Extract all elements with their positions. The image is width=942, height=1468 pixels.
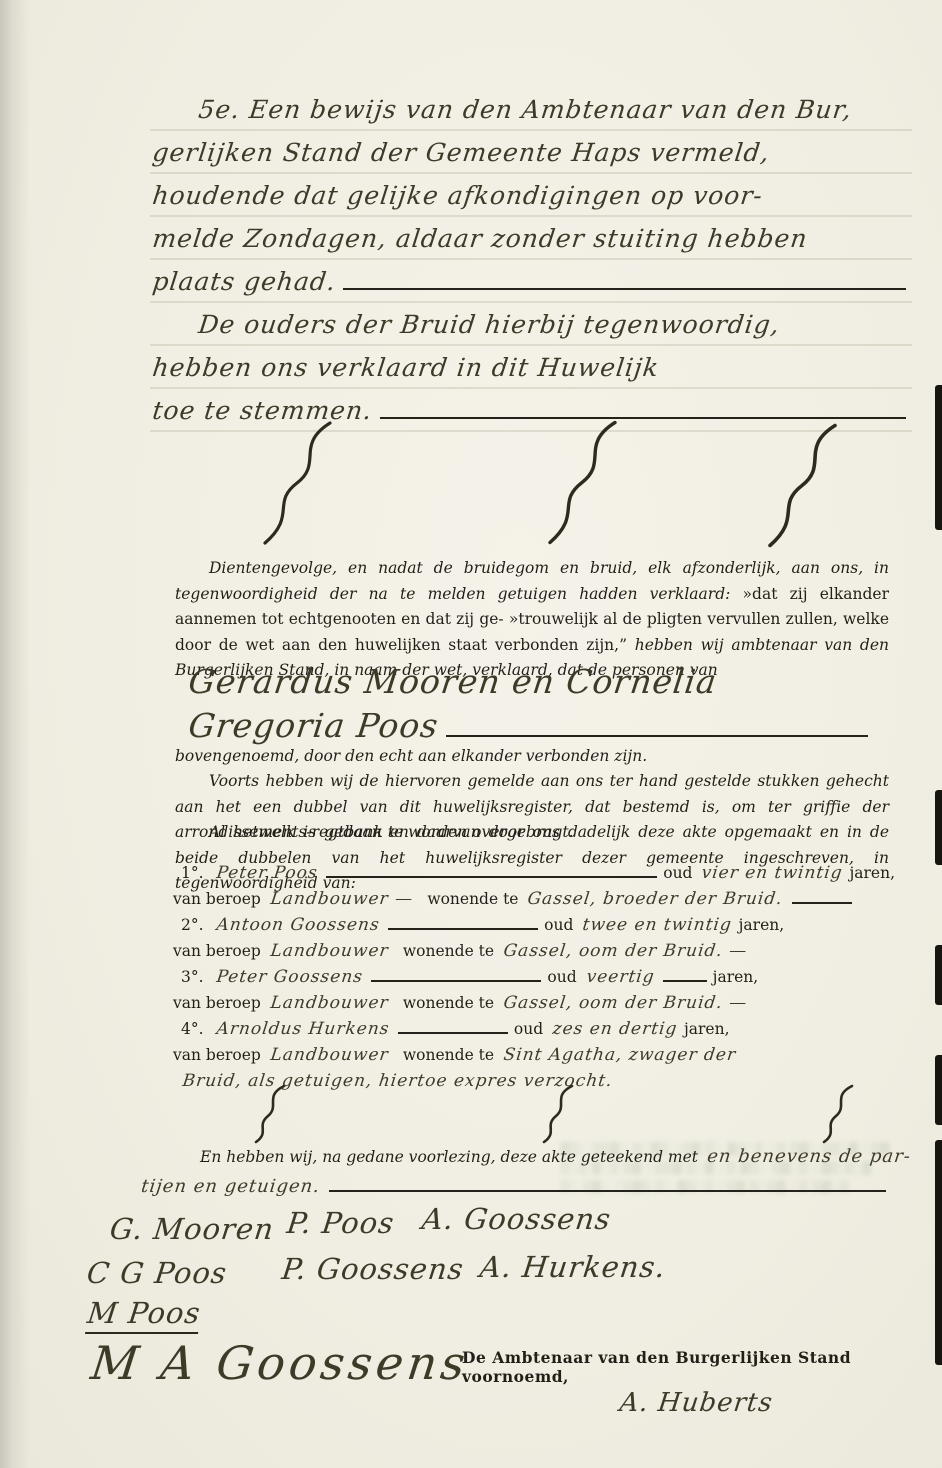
witness-name: Peter Goossens xyxy=(215,964,365,990)
witness-number: 4°. xyxy=(173,1016,215,1042)
printed-text: na te melden getuigen hadden verklaard: xyxy=(369,585,731,603)
witness-occupation: Landbouwer — xyxy=(269,886,415,912)
label-oud: oud xyxy=(544,912,573,938)
handwritten-line: gerlijken Stand der Gemeente Haps vermel… xyxy=(150,131,772,174)
label-wonende-te: wonende te xyxy=(403,1042,494,1068)
label-wonende-te: wonende te xyxy=(427,886,518,912)
signature-p-goossens: P. Goossens xyxy=(280,1252,466,1286)
handwritten-line: 5e. Een bewijs van den Ambtenaar van den… xyxy=(150,88,855,131)
groom-bride-names: Gerardus Mooren en Cornelia xyxy=(186,660,720,704)
label-wonende-te: wonende te xyxy=(403,938,494,964)
label-jaren: jaren, xyxy=(739,912,785,938)
signature-a-goossens: A. Goossens xyxy=(420,1202,613,1236)
witness-residence: Gassel, broeder der Bruid. xyxy=(526,886,784,912)
label-oud: oud xyxy=(514,1016,543,1042)
page-right-edge-marks xyxy=(933,0,942,1468)
handwritten-text: en benevens de par- xyxy=(706,1146,912,1167)
label-van-beroep: van beroep xyxy=(173,1042,261,1068)
witness-1-line-2: van beroep Landbouwer — wonende te Gasse… xyxy=(173,886,895,912)
signature-a-hurkens: A. Hurkens. xyxy=(478,1250,668,1284)
handwritten-names-block: Gerardus Mooren en Cornelia Gregoria Poo… xyxy=(186,660,908,748)
signature-m-poos: M Poos xyxy=(85,1296,203,1334)
label-van-beroep: van beroep xyxy=(173,990,261,1016)
handwritten-line: houdende dat gelijke afkondigingen op vo… xyxy=(150,174,766,217)
handwritten-intro-block: 5e. Een bewijs van den Ambtenaar van den… xyxy=(150,88,912,432)
witness-residence: Gassel, oom der Bruid. — xyxy=(502,938,749,964)
official-title: De Ambtenaar van den Burgerlijken Stand … xyxy=(462,1348,942,1386)
label-oud: oud xyxy=(547,964,576,990)
official-signature: A. Huberts xyxy=(618,1388,775,1418)
witness-occupation: Landbouwer xyxy=(269,938,390,964)
witness-number: 3°. xyxy=(173,964,215,990)
witness-number: 1°. xyxy=(173,860,215,886)
bride-name-continued: Gregoria Poos xyxy=(186,704,441,748)
label-oud: oud xyxy=(663,860,692,886)
label-jaren: jaren, xyxy=(713,964,759,990)
brace-stroke-icon xyxy=(808,1082,868,1146)
printed-text: zijn,” xyxy=(586,636,627,654)
witness-3-line-1: 3°. Peter Goossens oud veertig jaren, xyxy=(173,964,895,990)
signature-ma-goossens: M A Goossens xyxy=(88,1336,472,1390)
witness-occupation: Landbouwer xyxy=(269,1042,390,1068)
brace-stroke-icon xyxy=(235,415,345,555)
label-jaren: jaren, xyxy=(684,1016,730,1042)
handwritten-line: melde Zondagen, aldaar zonder stuiting h… xyxy=(150,217,810,260)
printed-text: bovengenoemd, door den echt aan elkander… xyxy=(175,747,647,765)
witness-number: 2°. xyxy=(173,912,215,938)
signature-g-mooren: G. Mooren xyxy=(108,1212,276,1246)
witness-age: zes en dertig xyxy=(551,1016,679,1042)
closing-line-1: En hebben wij, na gedane voorlezing, dez… xyxy=(200,1146,912,1167)
label-jaren: jaren, xyxy=(849,860,895,886)
witness-4-line-1: 4°. Arnoldus Hurkens oud zes en dertig j… xyxy=(173,1016,895,1042)
witness-4-line-2: van beroep Landbouwer wonende te Sint Ag… xyxy=(173,1042,895,1068)
witness-2-line-1: 2°. Antoon Goossens oud twee en twintig … xyxy=(173,912,895,938)
closing-line-2: tijen en getuigen. xyxy=(140,1176,892,1198)
witness-residence: Sint Agatha, zwager der xyxy=(502,1042,738,1068)
handwritten-line: De ouders der Bruid hierbij tegenwoordig… xyxy=(150,303,782,346)
document-page: ▓▒░ ▒▒▓░ ▒░▓▒ ░▒▓ ▒░ ▓▒░▒ ░▒ ▒▓░ ▒▒░▓ ░▒… xyxy=(0,0,942,1468)
witness-name: Arnoldus Hurkens xyxy=(215,1016,391,1042)
brace-stroke-icon xyxy=(740,415,850,560)
witness-name: Peter Poos xyxy=(215,860,319,886)
witness-age: veertig xyxy=(585,964,656,990)
witness-2-line-2: van beroep Landbouwer wonende te Gassel,… xyxy=(173,938,895,964)
witness-residence: Gassel, oom der Bruid. — xyxy=(502,990,749,1016)
witness-age: twee en twintig xyxy=(581,912,733,938)
fill-rule xyxy=(343,288,906,290)
fill-rule xyxy=(329,1190,886,1192)
brace-stroke-icon xyxy=(528,1082,588,1146)
label-van-beroep: van beroep xyxy=(173,886,261,912)
handwritten-line: hebben ons verklaard in dit Huwelijk xyxy=(150,346,662,389)
witness-list: 1°. Peter Poos oud vier en twintig jaren… xyxy=(173,860,895,1094)
witness-age: vier en twintig xyxy=(700,860,844,886)
label-wonende-te: wonende te xyxy=(403,990,494,1016)
printed-bound-paragraph: bovengenoemd, door den echt aan elkander… xyxy=(175,744,889,770)
handwritten-text: tijen en getuigen. xyxy=(140,1176,321,1197)
witness-occupation: Landbouwer xyxy=(269,990,390,1016)
label-van-beroep: van beroep xyxy=(173,938,261,964)
witness-name: Antoon Goossens xyxy=(215,912,381,938)
brace-stroke-icon xyxy=(240,1082,300,1146)
signature-p-poos: P. Poos xyxy=(285,1206,396,1240)
handwritten-line: plaats gehad. xyxy=(150,260,339,303)
printed-text: En hebben wij, na gedane voorlezing, dez… xyxy=(200,1148,698,1166)
signature-cg-poos: C G Poos xyxy=(85,1256,229,1290)
page-left-edge-shadow xyxy=(0,0,30,1468)
brace-stroke-icon xyxy=(520,412,630,557)
witness-1-line-1: 1°. Peter Poos oud vier en twintig jaren… xyxy=(173,860,895,886)
witness-3-line-2: van beroep Landbouwer wonende te Gassel,… xyxy=(173,990,895,1016)
